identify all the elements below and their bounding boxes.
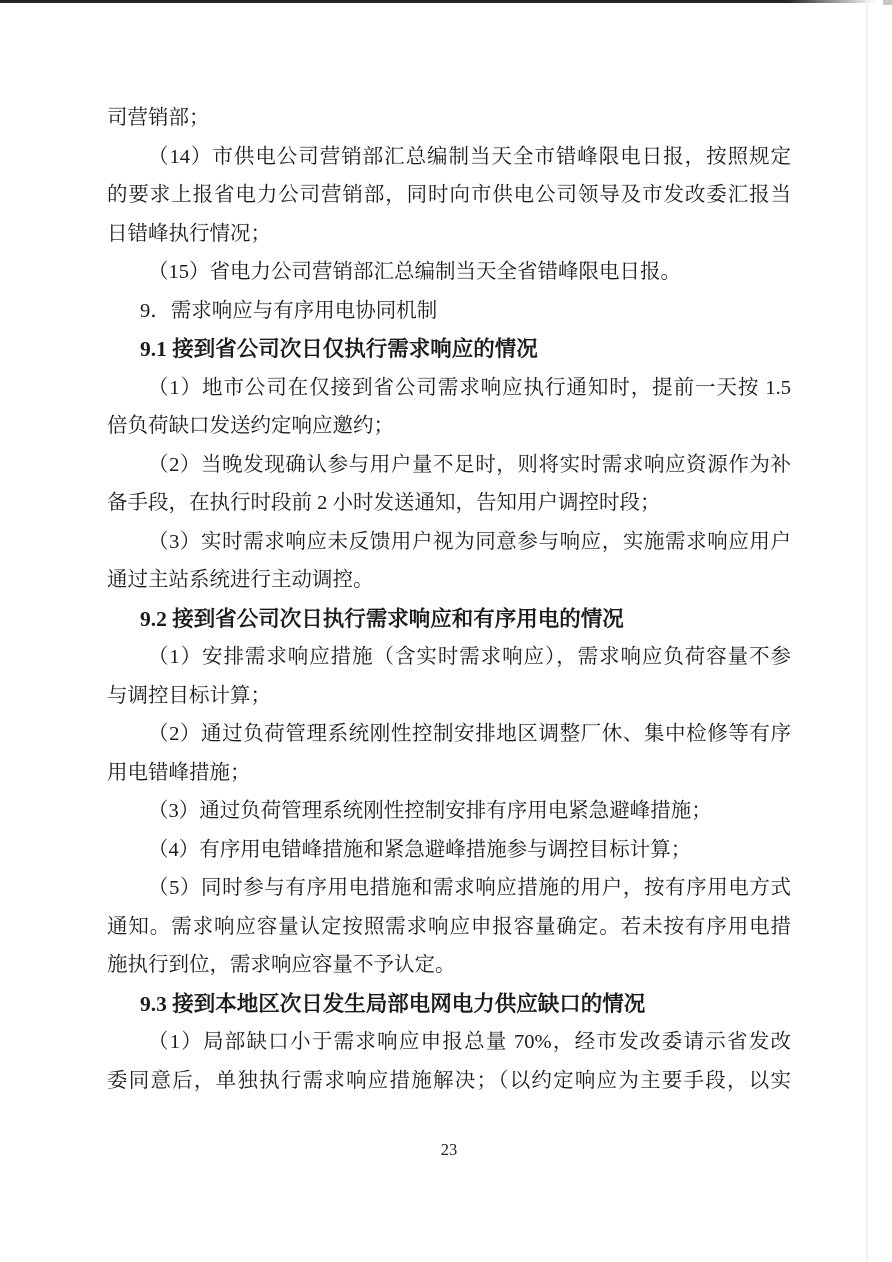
text-line: 倍负荷缺口发送约定响应邀约； [107, 407, 791, 446]
text-line: （3）通过负荷管理系统刚性控制安排有序用电紧急避峰措施； [107, 792, 791, 831]
scan-crease-right [866, 0, 868, 1262]
text-line: （1）局部缺口小于需求响应申报总量 70%，经市发改委请示省发改 [107, 1023, 791, 1062]
text-line: （2）当晚发现确认参与用户量不足时，则将实时需求响应资源作为补 [107, 446, 791, 485]
heading-line: 9.3 接到本地区次日发生局部电网电力供应缺口的情况 [107, 985, 791, 1024]
heading-line: 9.1 接到省公司次日仅执行需求响应的情况 [107, 330, 791, 369]
scan-corner-mark [883, 0, 892, 5]
document-page: { "document": { "page_number": "23", "li… [0, 0, 892, 1262]
text-line: （2）通过负荷管理系统刚性控制安排地区调整厂休、集中检修等有序 [107, 715, 791, 754]
heading-line: 9.2 接到省公司次日执行需求响应和有序用电的情况 [107, 600, 791, 639]
text-line: 备手段，在执行时段前 2 小时发送通知，告知用户调控时段； [107, 484, 791, 523]
document-text-block: 司营销部；（14）市供电公司营销部汇总编制当天全市错峰限电日报，按照规定的要求上… [107, 99, 791, 1160]
text-line: （1）地市公司在仅接到省公司需求响应执行通知时，提前一天按 1.5 [107, 369, 791, 408]
text-line: 日错峰执行情况； [107, 215, 791, 254]
text-line: 用电错峰措施； [107, 754, 791, 793]
text-line: （3）实时需求响应未反馈用户视为同意参与响应，实施需求响应用户 [107, 523, 791, 562]
text-line: 的要求上报省电力公司营销部，同时向市供电公司领导及市发改委汇报当 [107, 176, 791, 215]
text-line: 通过主站系统进行主动调控。 [107, 561, 791, 600]
text-line: （1）安排需求响应措施（含实时需求响应），需求响应负荷容量不参 [107, 638, 791, 677]
text-line: 与调控目标计算； [107, 677, 791, 716]
text-line: 施执行到位，需求响应容量不予认定。 [107, 946, 791, 985]
text-line: 委同意后，单独执行需求响应措施解决；（以约定响应为主要手段，以实 [107, 1062, 791, 1101]
text-line: （14）市供电公司营销部汇总编制当天全市错峰限电日报，按照规定 [107, 138, 791, 177]
text-line: （15）省电力公司营销部汇总编制当天全省错峰限电日报。 [107, 253, 791, 292]
heading-line: 9．需求响应与有序用电协同机制 [107, 292, 791, 331]
text-line: （5）同时参与有序用电措施和需求响应措施的用户，按有序用电方式 [107, 869, 791, 908]
text-line: （4）有序用电错峰措施和紧急避峰措施参与调控目标计算； [107, 831, 791, 870]
scan-edge-top [0, 0, 876, 3]
page-number: 23 [107, 1140, 791, 1160]
text-lines: 司营销部；（14）市供电公司营销部汇总编制当天全市错峰限电日报，按照规定的要求上… [107, 99, 791, 1100]
text-line: 通知。需求响应容量认定按照需求响应申报容量确定。若未按有序用电措 [107, 908, 791, 947]
text-line: 司营销部； [107, 99, 791, 138]
